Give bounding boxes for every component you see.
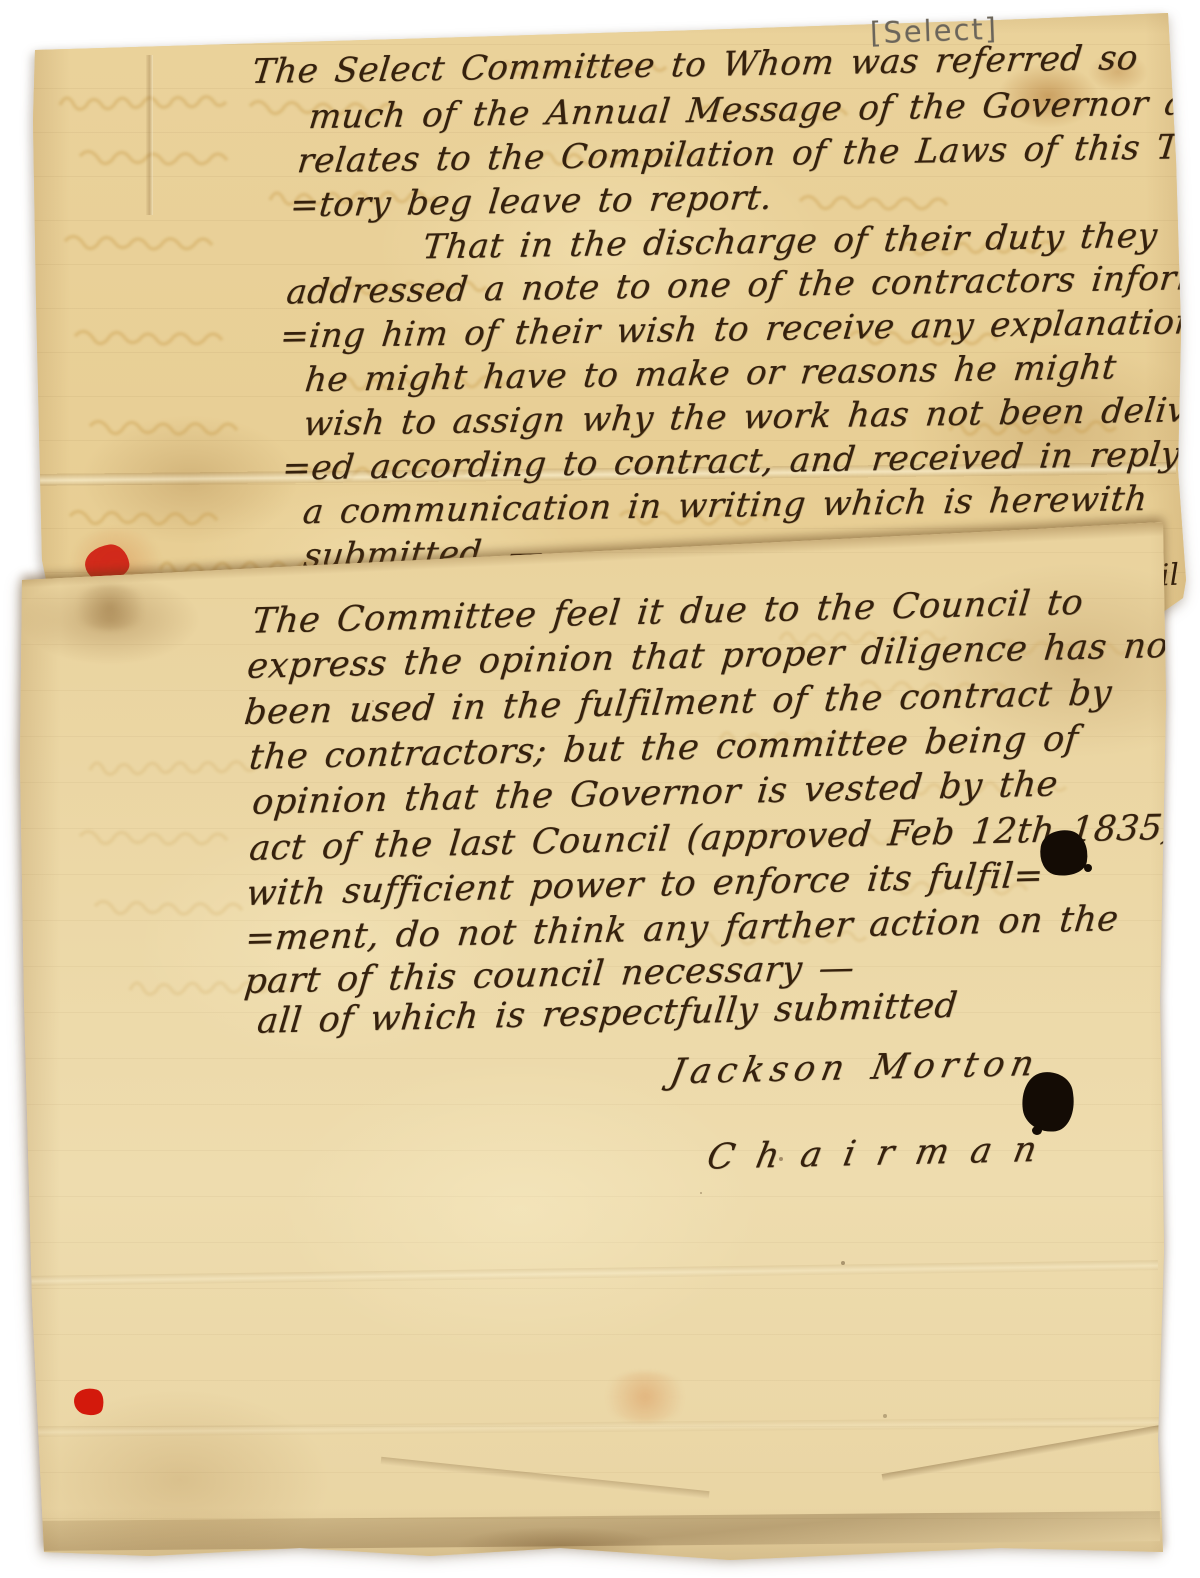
page-2-wrap: The Committee feel it due to the Council… xyxy=(0,0,1200,1578)
archival-annotation: [Select] xyxy=(869,12,998,50)
paper-specks xyxy=(0,0,2,2)
paper-stain xyxy=(600,1372,690,1422)
document-scan: The Select Committee to Whom was referre… xyxy=(0,0,1200,1578)
ink-blot xyxy=(1084,864,1092,872)
ink-blot xyxy=(1032,1126,1042,1135)
signature: Jackson Morton xyxy=(667,1044,1043,1093)
page-2-text: The Committee feel it due to the Council… xyxy=(0,0,1200,1578)
signature-title: Chairman xyxy=(704,1129,1062,1177)
page-2: The Committee feel it due to the Council… xyxy=(0,0,1200,1578)
ink-blot xyxy=(515,1549,568,1568)
